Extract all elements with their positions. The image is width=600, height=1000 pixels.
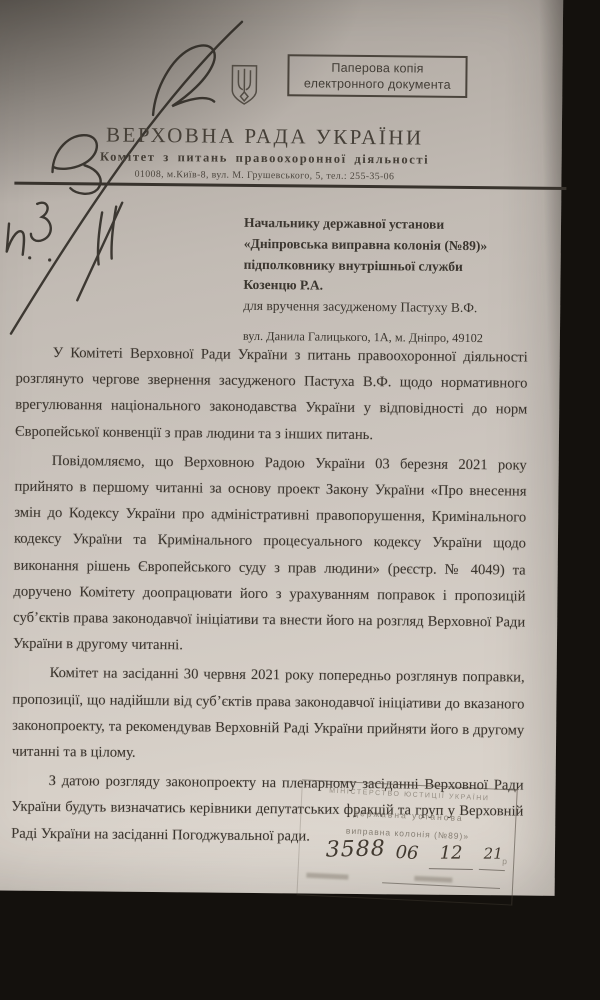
recipient-line: «Дніпровська виправна колонія (№89)» [244,234,534,258]
stamp-ministry-line: МІНІСТЕРСТВО ЮСТИЦІЇ УКРАЇНИ [302,786,516,803]
body-paragraph: У Комітеті Верховної Ради України з пита… [15,340,528,450]
stamp-underline [429,868,473,870]
stamp-smudge [306,873,348,880]
recipient-block: Начальнику державної установи «Дніпровсь… [243,213,534,350]
stamp-year-handwritten: 21 [484,845,503,863]
stamp-month-handwritten: 12 [440,843,463,864]
stamp-smudge [414,876,452,883]
recipient-line: підполковнику внутрішньої служби [244,254,534,278]
paper-copy-stamp-line2: електронного документа [304,75,451,93]
photo-background: Паперова копія електронного документа ВЕ… [0,0,600,1000]
stamp-underline [479,869,505,871]
recipient-line: Начальнику державної установи [244,213,534,237]
paper-copy-stamp-box: Паперова копія електронного документа [287,54,467,98]
ukraine-trident-emblem [229,58,260,112]
incoming-registration-stamp: МІНІСТЕРСТВО ЮСТИЦІЇ УКРАЇНИ державна ус… [296,779,517,905]
recipient-line: для вручення засудженому Пастуху В.Ф. [243,296,533,320]
stamp-year-suffix: р [502,856,507,866]
stamp-number-handwritten: 3588 [325,836,386,862]
stamp-institution-line: державна установа [301,805,515,825]
org-title: ВЕРХОВНА РАДА УКРАЇНИ [3,122,527,152]
paper-copy-stamp-line1: Паперова копія [331,59,423,76]
letter-body: У Комітеті Верховної Ради України з пита… [11,340,528,855]
body-paragraph: Комітет на засіданні 30 червня 2021 року… [12,660,525,770]
stamp-underline [382,882,500,889]
document: Паперова копія електронного документа ВЕ… [0,0,600,1000]
recipient-line: Козенцю Р.А. [243,275,533,299]
stamp-day-handwritten: 06 [395,842,419,864]
body-paragraph: Повідомляємо, що Верховною Радою України… [13,447,527,662]
